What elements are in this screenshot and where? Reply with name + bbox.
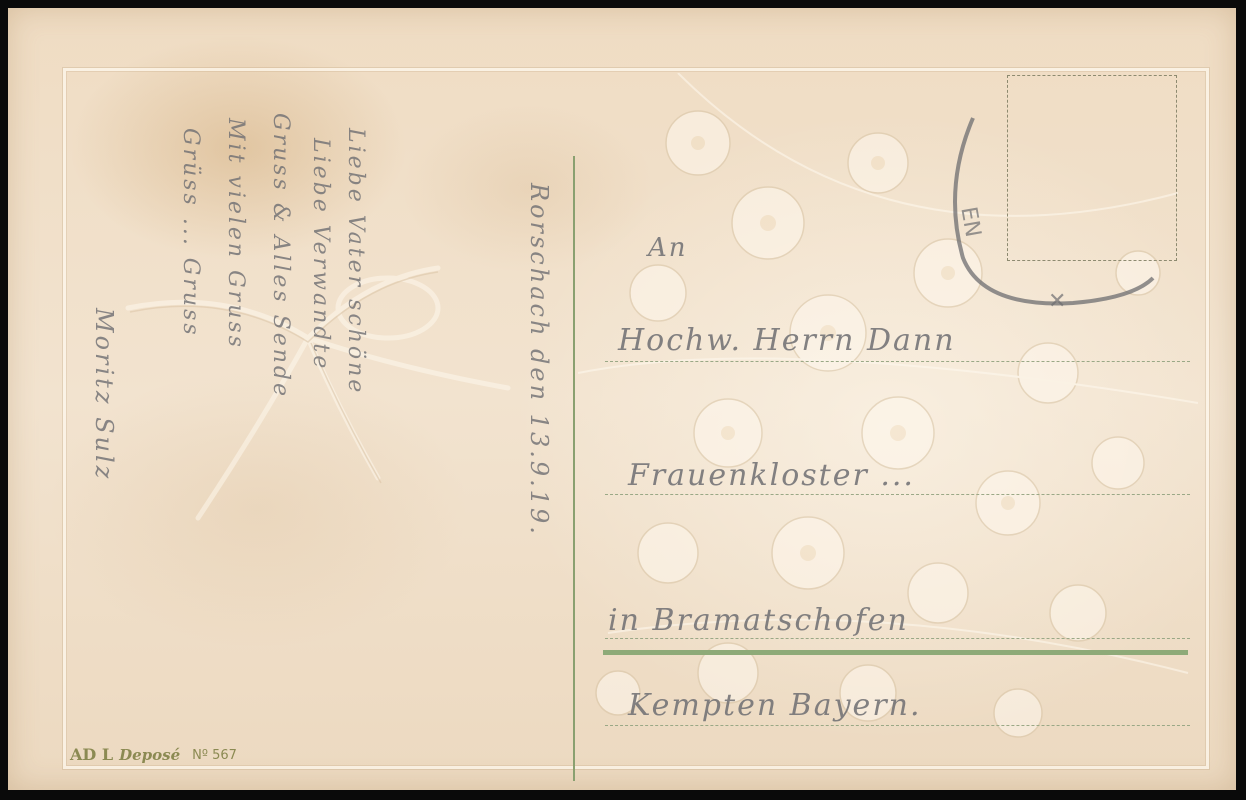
svg-text:EN: EN (955, 205, 985, 239)
dateline: Rorschach den 13.9.19. (525, 183, 553, 537)
message-line-1: Liebe Vater schöne (343, 128, 368, 395)
address-region: Kempten Bayern. (628, 688, 922, 723)
publisher-mark: Deposé (119, 746, 180, 764)
address-recipient: Hochw. Herrn Dann (618, 323, 956, 358)
address-line-4 (605, 725, 1190, 726)
address-salutation: An (648, 233, 688, 263)
postmark-stamp: EN ✕ (943, 108, 1173, 318)
address-institution: Frauenkloster ... (628, 458, 915, 493)
message-signature: Moritz Sulz (90, 308, 118, 481)
message-address-divider (573, 156, 575, 781)
address-line-1 (605, 361, 1190, 362)
message-line-5: Grüss ... Gruss (178, 128, 203, 338)
address-underline (603, 650, 1188, 655)
message-line-4: Mit vielen Gruss (223, 118, 248, 350)
embossed-bow-decoration (108, 248, 558, 568)
publisher-logo-icon: AD L (70, 748, 113, 762)
publisher-imprint: AD L Deposé Nº 567 (70, 746, 237, 764)
svg-text:✕: ✕ (1048, 289, 1066, 314)
postcard: EN ✕ An Hochw. Herrn Dann Frauenkloster … (8, 8, 1236, 790)
message-line-3: Gruss & Alles Sende (268, 113, 293, 399)
address-line-3 (605, 638, 1190, 639)
address-town: in Bramatschofen (608, 603, 909, 638)
address-line-2 (605, 494, 1190, 495)
message-line-2: Liebe Verwandte (308, 138, 333, 371)
publisher-number: Nº 567 (192, 748, 237, 763)
